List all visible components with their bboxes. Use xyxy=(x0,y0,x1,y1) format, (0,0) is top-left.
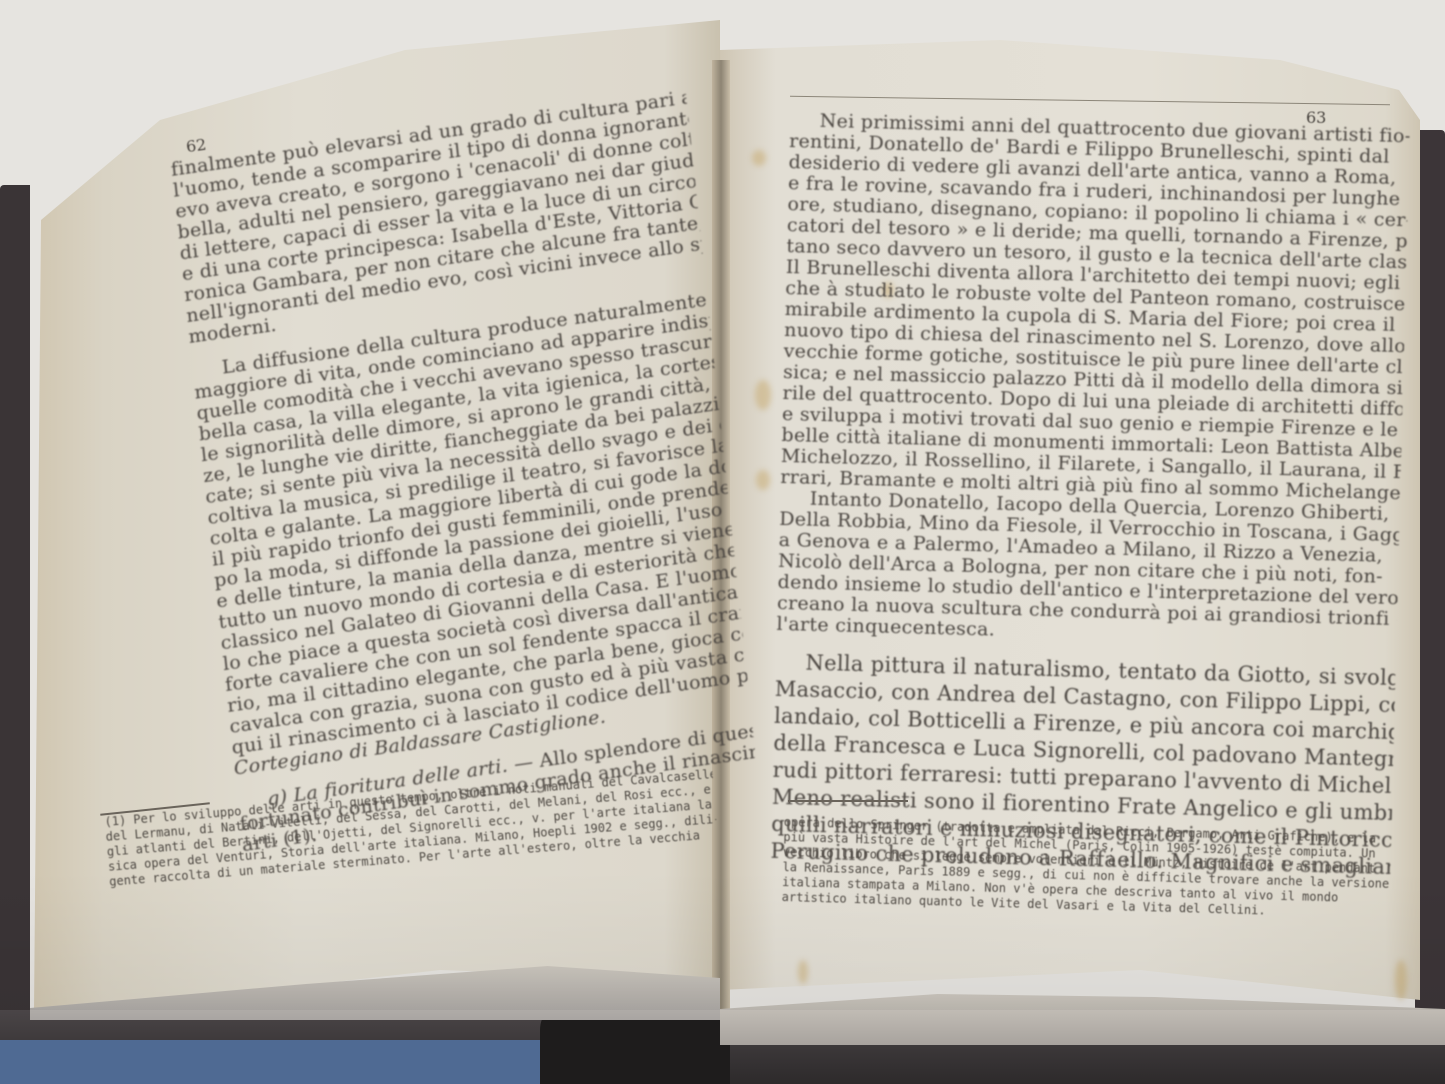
page-number-left: 62 xyxy=(185,135,208,157)
page-shadow xyxy=(0,870,1445,1010)
footnote-rule-right xyxy=(788,800,908,802)
left-page-body: finalmente può elevarsi ad un grado di c… xyxy=(170,88,758,857)
open-book-photo: 62 finalmente può elevarsi ad un grado d… xyxy=(0,0,1445,1084)
paper-stain xyxy=(756,470,770,490)
right-page-body: Nei primissimi anni del quattrocento due… xyxy=(770,110,1410,881)
book-cover-blue-edge xyxy=(0,1040,560,1084)
paper-stain xyxy=(752,150,766,166)
paper-stain xyxy=(755,380,771,410)
